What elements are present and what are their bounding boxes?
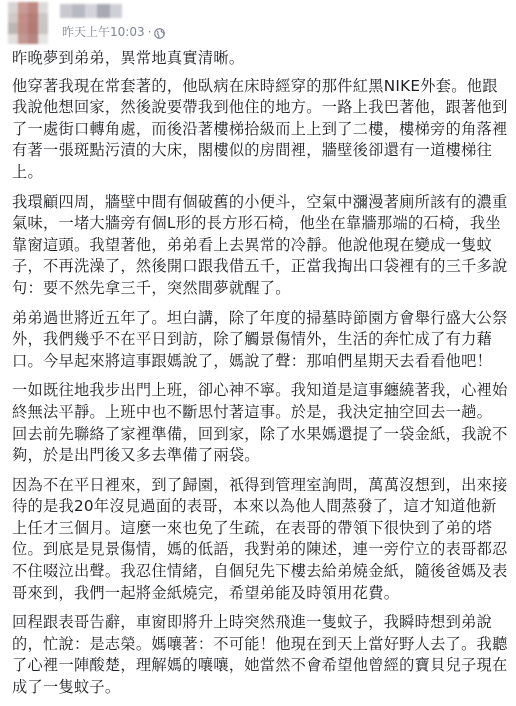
post-meta: 昨天上午10:03 · — [62, 24, 165, 40]
avatar-pixel — [28, 13, 38, 24]
post-paragraph-6: 回去前先聯絡了家裡準備，回到家，除了水果媽還提了一袋金紙，我說不夠，於是出門後又… — [12, 424, 510, 467]
avatar-pixel — [18, 2, 28, 13]
avatar-pixel — [8, 34, 18, 45]
avatar-pixel — [8, 2, 18, 13]
facebook-post: 昨天上午10:03 · 昨晚夢到弟弟，異常地真實清晰。 他穿著我現在常套著的，他… — [0, 0, 516, 706]
avatar-pixel — [8, 23, 18, 34]
post-header: 昨天上午10:03 · — [0, 0, 516, 46]
avatar-pixel — [28, 23, 38, 34]
avatar-pixel — [38, 2, 48, 13]
avatar-pixel — [18, 23, 28, 34]
avatar-pixel — [38, 23, 48, 34]
author-name-blurred[interactable] — [60, 4, 122, 18]
avatar-pixel — [28, 34, 38, 45]
avatar-pixel — [38, 13, 48, 24]
post-timestamp[interactable]: 昨天上午10:03 — [62, 24, 145, 40]
meta-separator: · — [148, 24, 152, 40]
post-paragraph-7: 因為不在平日裡來，到了歸園，祇得到管理室詢問，萬萬沒想到，出來接待的是我20年沒… — [12, 475, 510, 605]
post-paragraph-8: 回程跟表哥告辭，車窗即將升上時突然飛進一隻蚊子，我瞬時想到弟說的，忙說：是志榮。… — [12, 612, 510, 698]
name-pixel — [110, 4, 122, 18]
avatar-pixel — [28, 2, 38, 13]
globe-icon[interactable] — [154, 27, 165, 38]
avatar[interactable] — [8, 2, 48, 44]
post-paragraph-2: 他穿著我現在常套著的，他臥病在床時經穿的那件紅黑NIKE外套。他跟我說他想回家，… — [12, 76, 510, 184]
name-pixel — [97, 4, 109, 18]
post-body: 昨晚夢到弟弟，異常地真實清晰。 他穿著我現在常套著的，他臥病在床時經穿的那件紅黑… — [0, 48, 516, 699]
post-paragraph-5: 一如既往地我步出門上班，卻心神不寧。我知道是這事纏繞著我，心裡始終無法平靜。上班… — [12, 380, 510, 423]
avatar-pixel — [38, 34, 48, 45]
name-pixel — [72, 4, 84, 18]
post-paragraph-4: 弟弟過世將近五年了。坦白講，除了年度的掃墓時節園方會舉行盛大公祭外，我們幾乎不在… — [12, 308, 510, 373]
post-paragraph-1: 昨晚夢到弟弟，異常地真實清晰。 — [12, 48, 510, 70]
name-pixel — [85, 4, 97, 18]
avatar-pixel — [18, 34, 28, 45]
post-paragraph-3: 我環顧四周，牆壁中間有個破舊的小便斗，空氣中瀰漫著廁所該有的濃重氣味，一堵大牆旁… — [12, 192, 510, 300]
name-pixel — [60, 4, 72, 18]
avatar-pixel — [8, 13, 18, 24]
avatar-pixel — [18, 13, 28, 24]
